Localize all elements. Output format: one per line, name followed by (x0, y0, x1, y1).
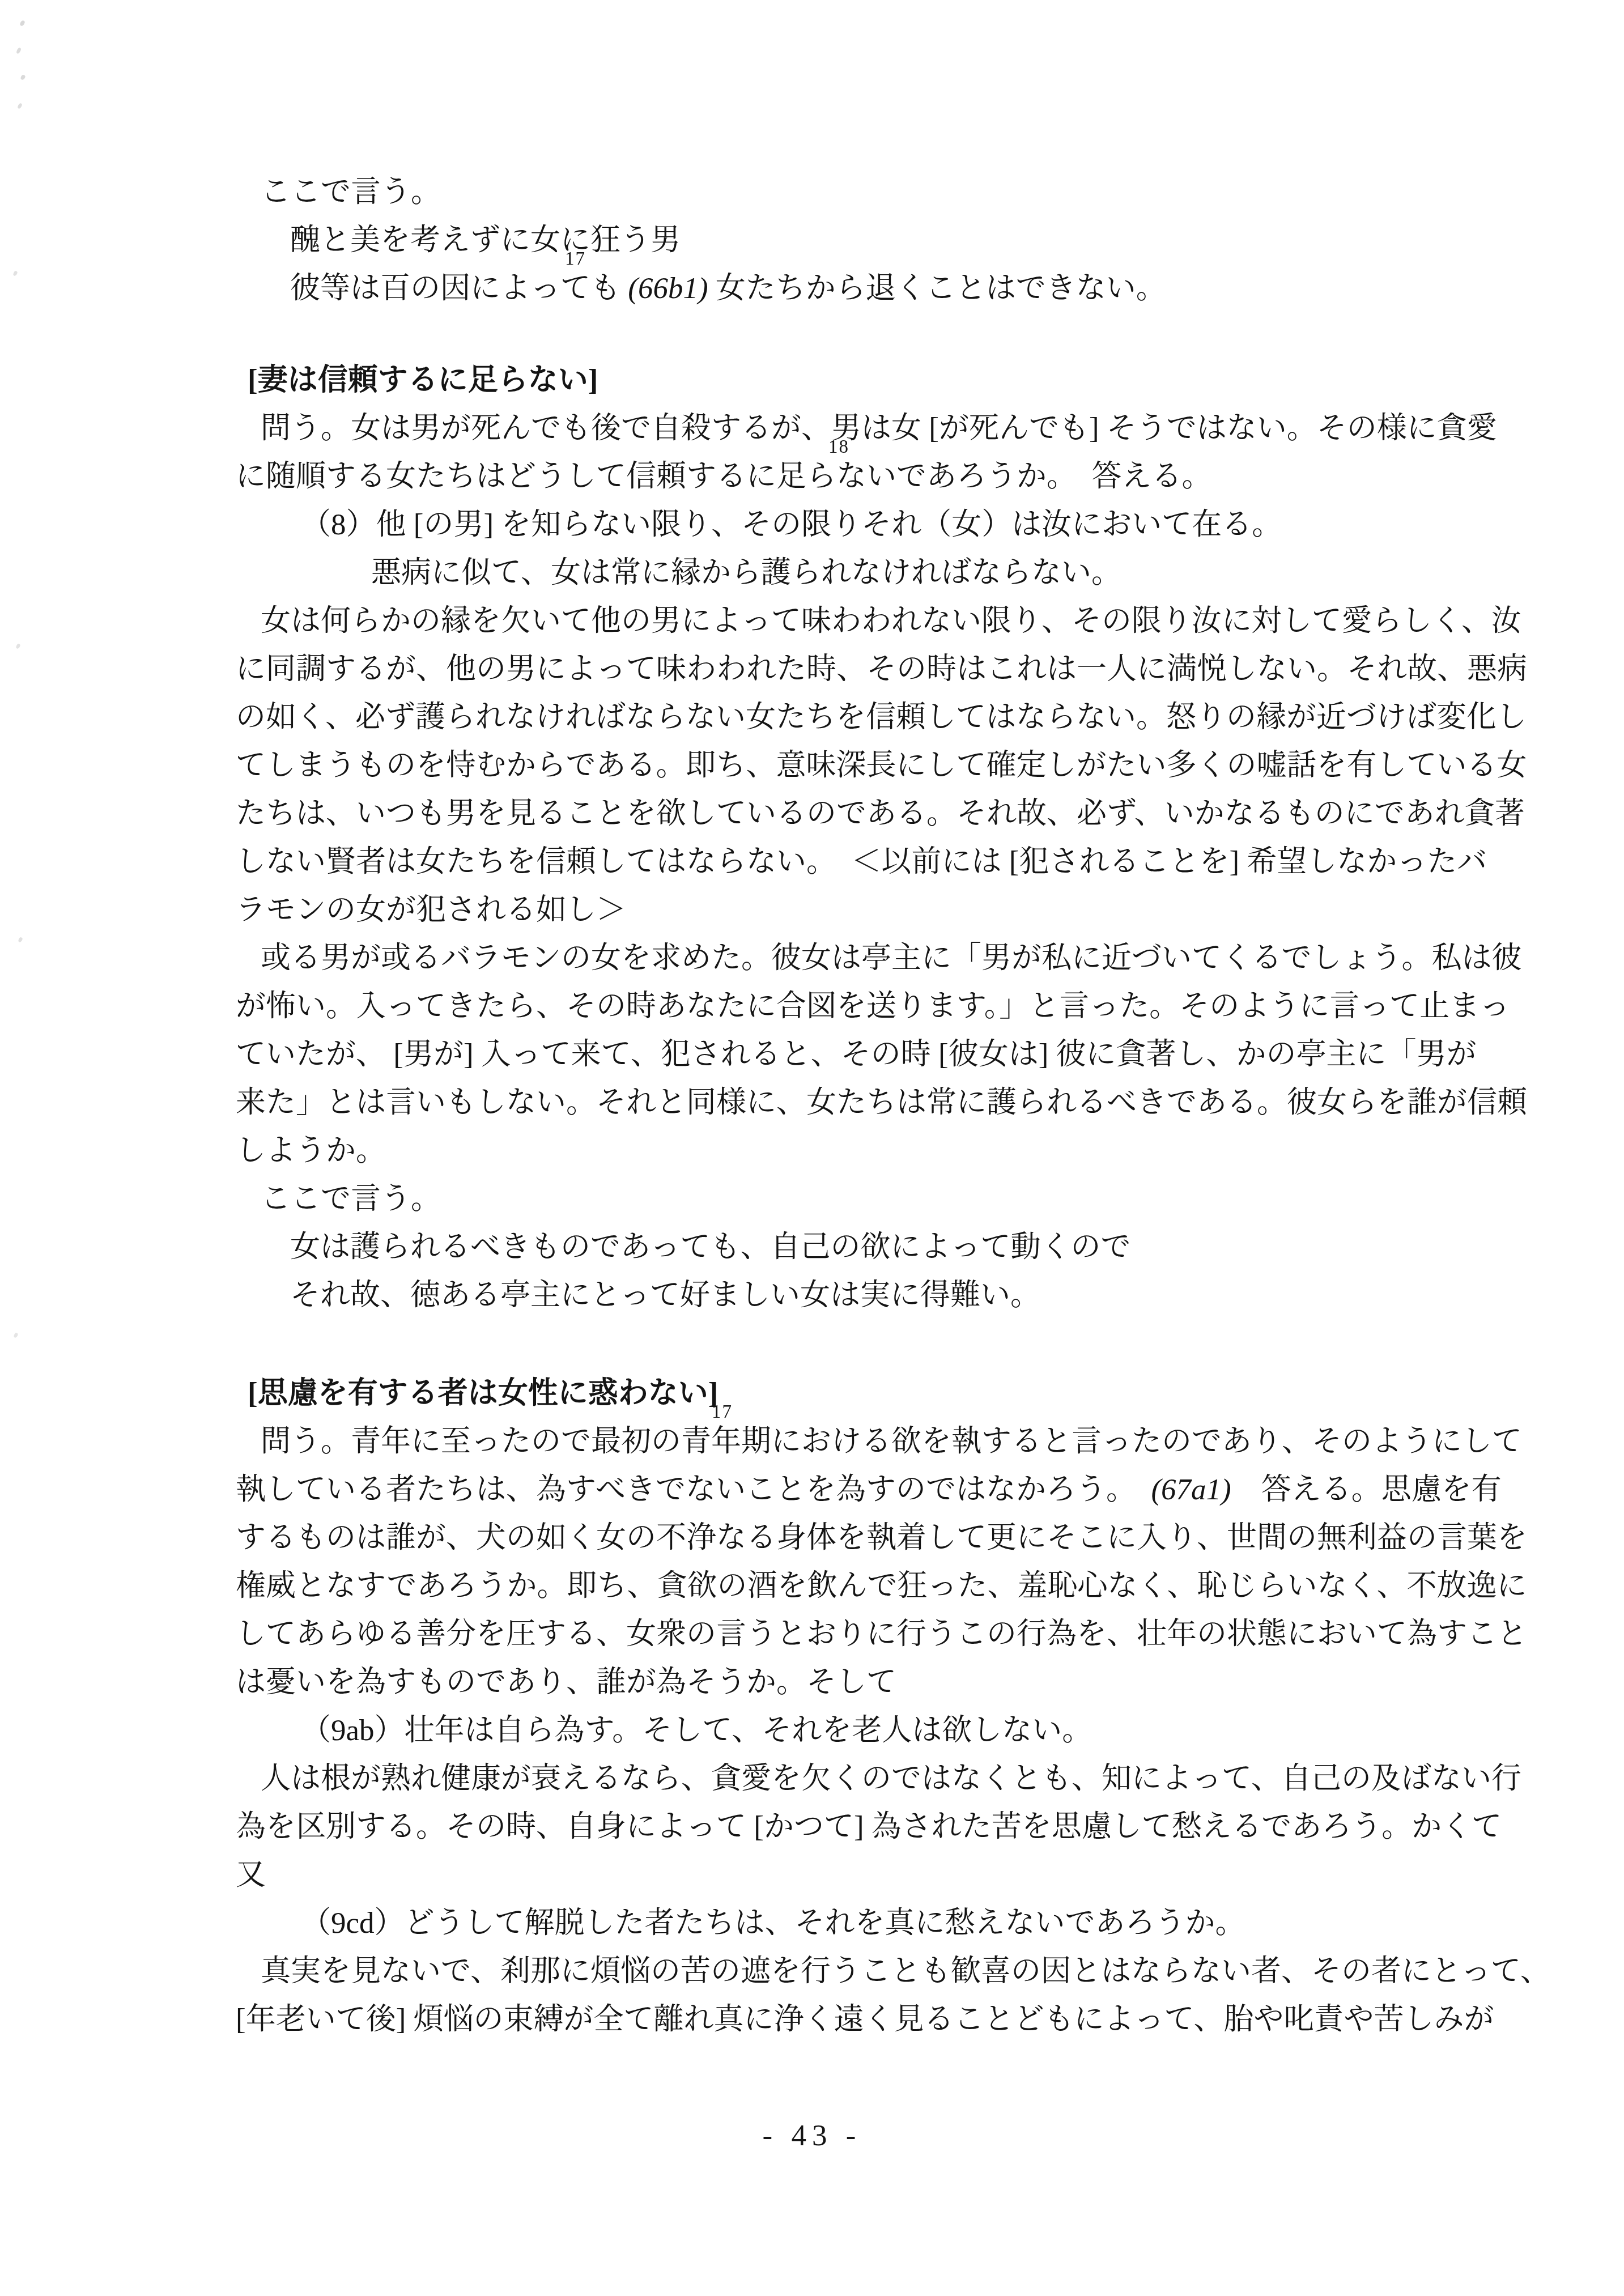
scan-speck (15, 643, 20, 649)
line-text: が怖い。入ってきたら、その時あなたに合図を送ります。」と言った。そのように言って… (236, 990, 1510, 1023)
text-line: 又 (236, 1851, 1537, 1899)
footnote-marker: 17 (712, 1403, 733, 1422)
scan-speck (19, 20, 25, 27)
verse-line: 17彼等は百の因によっても (66b1) 女たちから退くことはできない。 (290, 265, 1537, 313)
verse-line: それ故、徳ある亭主にとって好ましい女は実に得難い。 (290, 1272, 1537, 1320)
line-text: 人は根が熟れ健康が衰えるなら、貪愛を欠くのではなくとも、知によって、自己の及ばな… (261, 1762, 1521, 1795)
line-text: （8）他 [の男] を知らない限り、その限りそれ（女）は汝において在る。 (301, 508, 1282, 541)
text-line: ここで言う。 (261, 1175, 1537, 1223)
line-text: 来た」とは言いもしない。それと同様に、女たちは常に護られるべきである。彼女らを誰… (236, 1086, 1527, 1119)
page-text: ここで言う。醜と美を考えずに女に狂う男17彼等は百の因によっても (66b1) … (236, 168, 1537, 2160)
text-line: てしまうものを恃むからである。即ち、意味深長にして確定しがたい多くの嘘話を有して… (236, 742, 1537, 790)
line-text: 醜と美を考えずに女に狂う男 (290, 224, 681, 257)
text-line: 問う。女は男が死んでも後で自殺するが、男は女 [が死んでも] そうではない。その… (261, 405, 1537, 453)
footnote-marker: 17 (565, 250, 586, 269)
page-number: - 43 - (0, 2112, 1624, 2160)
line-text: 女たちから退くことはできない。 (708, 272, 1166, 305)
line-text: ここで言う。 (261, 176, 441, 209)
text-line: しようか。 (236, 1127, 1537, 1175)
text-line: が怖い。入ってきたら、その時あなたに合図を送ります。」と言った。そのように言って… (236, 983, 1537, 1031)
line-text: 彼等は百の因によっても (290, 272, 628, 305)
scan-speck (12, 270, 18, 277)
text-line: 17問う。青年に至ったので最初の青年期における欲を執すると言ったのであり、そのよ… (261, 1418, 1537, 1466)
text-line: の如く、必ず護られなければならない女たちを信頼してはならない。怒りの縁が近づけば… (236, 694, 1537, 742)
verse-line: （9cd）どうして解脱した者たちは、それを真に愁えないであろうか。 (301, 1899, 1537, 1948)
line-text: たちは、いつも男を見ることを欲しているのである。それ故、必ず、いかなるものにであ… (236, 797, 1525, 830)
text-line: 真実を見ないで、刹那に煩悩の苦の遮を行うことも歓喜の因とはならない者、その者にと… (261, 1948, 1537, 1996)
text-line: してあらゆる善分を圧する、女衆の言うとおりに行うこの行為を、壮年の状態において為… (236, 1610, 1537, 1659)
folio-reference: (66b1) (628, 272, 708, 305)
document-page: ここで言う。醜と美を考えずに女に狂う男17彼等は百の因によっても (66b1) … (0, 0, 1624, 2296)
verse-line: 女は護られるべきものであっても、自己の欲によって動くので (290, 1223, 1537, 1272)
text-line: [年老いて後] 煩悩の束縛が全て離れ真に浄く遠く見ることどもによって、胎や叱責や… (236, 1996, 1537, 2044)
line-text: 女は何らかの縁を欠いて他の男によって味わわれない限り、その限り汝に対して愛らしく… (261, 605, 1521, 637)
line-text: は憂いを為すものであり、誰が為そうか。そして (236, 1666, 896, 1699)
line-text: 権威となすであろうか。即ち、貪欲の酒を飲んで狂った、羞恥心なく、恥じらいなく、不… (236, 1570, 1527, 1602)
verse-line: 醜と美を考えずに女に狂う男 (290, 216, 1537, 265)
line-text: に随順する女たちはどうして信頼するに足らないであろうか。 答える。 (236, 460, 1212, 493)
line-text: しようか。 (236, 1134, 386, 1167)
text-line: 為を区別する。その時、自身によって [かつて] 為された苦を思慮して愁えるであろ… (236, 1803, 1537, 1851)
line-text: 又 (236, 1859, 266, 1891)
line-text: [年老いて後] 煩悩の束縛が全て離れ真に浄く遠く見ることどもによって、胎や叱責や… (236, 2003, 1494, 2036)
line-text: 問う。女は男が死んでも後で自殺するが、男は女 [が死んでも] そうではない。その… (261, 412, 1497, 445)
line-text: 問う。青年に至ったので最初の青年期における欲を執すると言ったのであり、そのように… (261, 1425, 1522, 1458)
line-text: [思慮を有する者は女性に惑わない] (248, 1377, 718, 1410)
line-text: の如く、必ず護られなければならない女たちを信頼してはならない。怒りの縁が近づけば… (236, 701, 1527, 734)
line-text: 悪病に似て、女は常に縁から護られなければならない。 (371, 556, 1121, 589)
section-heading: [思慮を有する者は女性に惑わない] (248, 1370, 1537, 1418)
text-line: ここで言う。 (261, 168, 1537, 216)
text-line: ていたが、 [男が] 入って来て、犯されると、その時 [彼女は] 彼に貪著し、か… (236, 1031, 1537, 1079)
scan-speck (16, 47, 22, 54)
text-line: 来た」とは言いもしない。それと同様に、女たちは常に護られるべきである。彼女らを誰… (236, 1079, 1537, 1127)
line-text: （9cd）どうして解脱した者たちは、それを真に愁えないであろうか。 (301, 1907, 1245, 1940)
text-line: に同調するが、他の男によって味わわれた時、その時はこれは一人に満悦しない。それ故… (236, 645, 1537, 694)
text-line: 或る男が或るバラモンの女を求めた。彼女は亭主に「男が私に近づいてくるでしょう。私… (261, 934, 1537, 983)
scan-speck (17, 103, 23, 109)
text-line: 権威となすであろうか。即ち、貪欲の酒を飲んで狂った、羞恥心なく、恥じらいなく、不… (236, 1562, 1537, 1610)
verse-line: （8）他 [の男] を知らない限り、その限りそれ（女）は汝において在る。 (301, 501, 1537, 549)
verse-line: （9ab）壮年は自ら為す。そして、それを老人は欲しない。 (301, 1707, 1537, 1755)
text-line: たちは、いつも男を見ることを欲しているのである。それ故、必ず、いかなるものにであ… (236, 790, 1537, 838)
text-line: ラモンの女が犯される如し＞ (236, 886, 1537, 934)
line-text: しない賢者は女たちを信頼してはならない。 ＜以前には [犯されることを] 希望し… (236, 845, 1487, 878)
line-text: （9ab）壮年は自ら為す。そして、それを老人は欲しない。 (301, 1714, 1092, 1747)
line-text: してあらゆる善分を圧する、女衆の言うとおりに行うこの行為を、壮年の状態において為… (236, 1618, 1527, 1651)
scan-speck (18, 937, 23, 943)
line-text: ていたが、 [男が] 入って来て、犯されると、その時 [彼女は] 彼に貪著し、か… (236, 1038, 1477, 1071)
line-text: [妻は信頼するに足らない] (248, 364, 598, 397)
text-line: するものは誰が、犬の如く女の不浄なる身体を執着して更にそこに入り、世間の無利益の… (236, 1514, 1537, 1562)
text-line: は憂いを為すものであり、誰が為そうか。そして (236, 1659, 1537, 1707)
text-line: 18に随順する女たちはどうして信頼するに足らないであろうか。 答える。 (236, 453, 1537, 501)
line-text: 女は護られるべきものであっても、自己の欲によって動くので (290, 1231, 1130, 1264)
text-line: しない賢者は女たちを信頼してはならない。 ＜以前には [犯されることを] 希望し… (236, 838, 1537, 886)
line-text: 或る男が或るバラモンの女を求めた。彼女は亭主に「男が私に近づいてくるでしょう。私… (261, 942, 1521, 975)
section-heading: [妻は信頼するに足らない] (248, 356, 1537, 405)
line-text: 答える。思慮を有 (1231, 1473, 1502, 1506)
line-text: ここで言う。 (261, 1183, 441, 1215)
text-line: 人は根が熟れ健康が衰えるなら、貪愛を欠くのではなくとも、知によって、自己の及ばな… (261, 1755, 1537, 1803)
line-text: 為を区別する。その時、自身によって [かつて] 為された苦を思慮して愁えるであろ… (236, 1810, 1502, 1843)
footnote-marker: 18 (828, 438, 849, 457)
verse-line: 悪病に似て、女は常に縁から護られなければならない。 (371, 549, 1537, 597)
line-text: それ故、徳ある亭主にとって好ましい女は実に得難い。 (290, 1279, 1040, 1312)
text-line: 女は何らかの縁を欠いて他の男によって味わわれない限り、その限り汝に対して愛らしく… (261, 597, 1537, 645)
folio-reference: (67a1) (1151, 1473, 1231, 1506)
line-text: に同調するが、他の男によって味わわれた時、その時はこれは一人に満悦しない。それ故… (236, 653, 1527, 686)
scan-speck (13, 1332, 18, 1338)
line-text: てしまうものを恃むからである。即ち、意味深長にして確定しがたい多くの嘘話を有して… (236, 749, 1527, 782)
line-text: 執している者たちは、為すべきでないことを為すのではなかろう。 (236, 1473, 1151, 1506)
line-text: ラモンの女が犯される如し＞ (236, 894, 626, 926)
text-line: 執している者たちは、為すべきでないことを為すのではなかろう。 (67a1) 答え… (236, 1466, 1537, 1514)
line-text: 真実を見ないで、刹那に煩悩の苦の遮を行うことも歓喜の因とはならない者、その者にと… (261, 1955, 1550, 1988)
scan-speck (20, 74, 25, 80)
line-text: するものは誰が、犬の如く女の不浄なる身体を執着して更にそこに入り、世間の無利益の… (236, 1521, 1527, 1554)
